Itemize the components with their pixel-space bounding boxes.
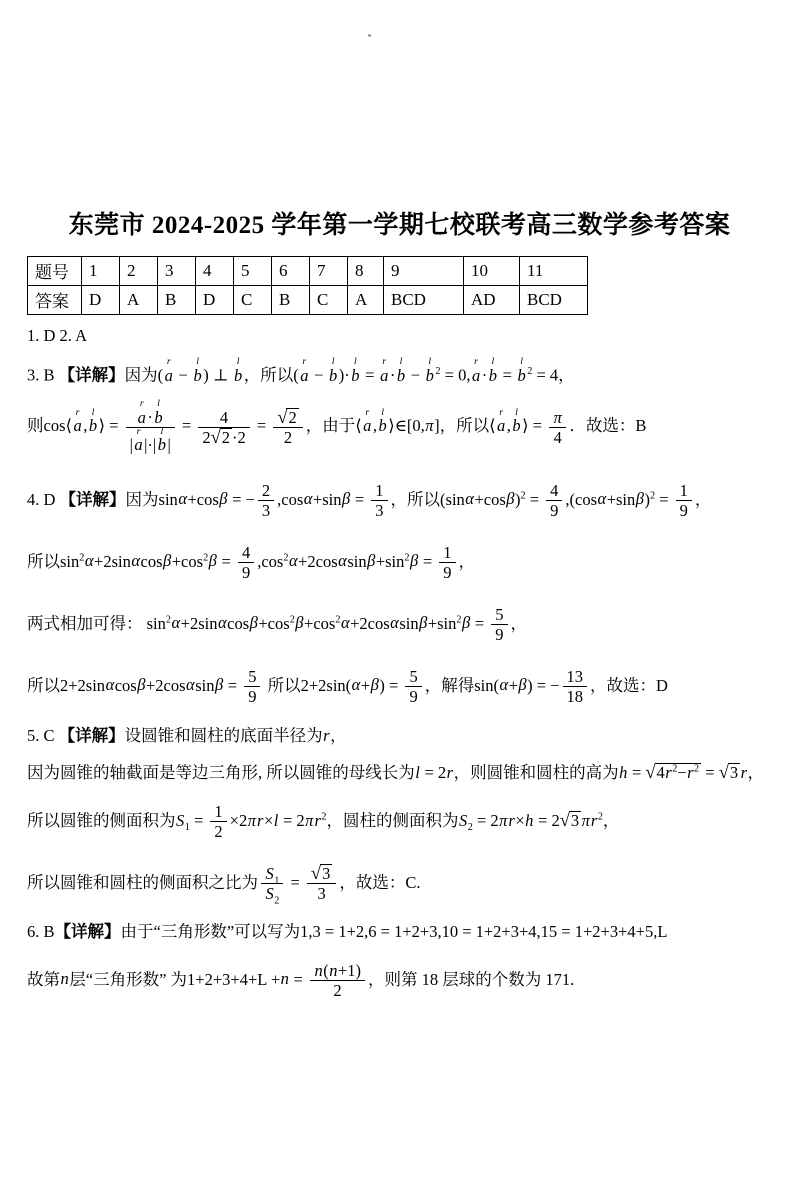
solution-line-12: 6. B【详解】由于“三角形数”可以写为1,3 = 1+2,6 = 1+2+3,… [27, 920, 772, 945]
vector-b: lb [512, 409, 520, 435]
vector-b: lb [397, 358, 405, 384]
table-cell: AD [464, 285, 520, 314]
fraction: 59 [244, 667, 260, 707]
scan-artifact-dot [368, 34, 371, 37]
page-title: 东莞市 2024-2025 学年第一学期七校联考高三数学参考答案 [27, 210, 772, 243]
sqrt: √4r2−r2 [645, 761, 701, 786]
fraction: √33 [307, 864, 336, 904]
fraction: π4 [549, 408, 566, 448]
sqrt: √2 [211, 428, 232, 447]
vector-a: ra [380, 358, 388, 384]
solution-line-5: 所以sin2α+2sinαcosβ+cos2β = 49,cos2α+2cosα… [27, 543, 772, 583]
table-cell: 2 [120, 256, 158, 285]
solution-line-10: 所以圆锥的侧面积为S1 = 12×2πr×l = 2πr2，圆柱的侧面积为S2 … [27, 802, 772, 842]
vector-b: lb [154, 400, 162, 426]
solutions: 1. D 2. A3. B 【详解】因为(ra − lb) ⊥ lb，所以(ra… [27, 324, 772, 1001]
table-cell: D [82, 285, 120, 314]
table-cell: B [272, 285, 310, 314]
solution-line-11: 所以圆锥和圆柱的侧面积之比为S1S2 = √33，故选：C. [27, 864, 772, 904]
table-cell: B [158, 285, 196, 314]
table-cell: 11 [520, 256, 588, 285]
vector-b: lb [193, 358, 201, 384]
answer-row: 答案DABDCBCABCDADBCD [28, 285, 588, 314]
table-cell: C [234, 285, 272, 314]
fraction: 13 [371, 481, 387, 521]
table-cell: D [196, 285, 234, 314]
table-cell: 6 [272, 256, 310, 285]
fraction: 49 [238, 543, 254, 583]
sqrt: √2 [277, 408, 298, 427]
sqrt: √3 [311, 864, 332, 883]
table-cell: 7 [310, 256, 348, 285]
vector-a: ra [134, 428, 142, 454]
solution-line-7: 所以2+2sinαcosβ+2cosαsinβ = 59 所以2+2sin(α+… [27, 667, 772, 707]
table-cell: 1 [82, 256, 120, 285]
answer-table-body: 题号1234567891011答案DABDCBCABCDADBCD [28, 256, 588, 314]
fraction: √22 [273, 408, 302, 448]
vector-a: ra [363, 409, 371, 435]
table-cell: A [120, 285, 158, 314]
vector-a: ra [497, 409, 505, 435]
vector-a: ra [165, 358, 173, 384]
solution-line-2: 3. B 【详解】因为(ra − lb) ⊥ lb，所以(ra − lb)·lb… [27, 358, 772, 388]
vector-b: lb [426, 358, 434, 384]
fraction: 1318 [563, 667, 588, 707]
table-cell: 3 [158, 256, 196, 285]
solution-line-9: 因为圆锥的轴截面是等边三角形, 所以圆锥的母线长为l = 2r，则圆锥和圆柱的高… [27, 761, 772, 786]
fraction: 19 [439, 543, 455, 583]
fraction: 19 [676, 481, 692, 521]
document-page: 东莞市 2024-2025 学年第一学期七校联考高三数学参考答案 题号12345… [0, 0, 800, 1181]
fraction: 42√2·2 [198, 408, 249, 448]
solution-line-13: 故第n层“三角形数” 为1+2+3+4+L +n = n(n+1)2，则第 18… [27, 961, 772, 1001]
fraction: 12 [210, 802, 226, 842]
sqrt: √3 [560, 809, 581, 834]
fraction: 59 [405, 667, 421, 707]
vector-a: ra [73, 409, 81, 435]
table-cell: 答案 [28, 285, 82, 314]
vector-a: ra [472, 358, 480, 384]
vector-b: lb [158, 428, 166, 454]
fraction: S1S2 [261, 864, 283, 904]
vector-b: lb [379, 409, 387, 435]
table-cell: 10 [464, 256, 520, 285]
fraction: ra·lb|ra|·|lb| [126, 400, 175, 454]
table-cell: BCD [384, 285, 464, 314]
vector-b: lb [329, 358, 337, 384]
table-cell: A [348, 285, 384, 314]
vector-b: lb [489, 358, 497, 384]
table-cell: C [310, 285, 348, 314]
table-cell: 9 [384, 256, 464, 285]
vector-b: lb [234, 358, 242, 384]
question-number-row: 题号1234567891011 [28, 256, 588, 285]
fraction: 59 [491, 605, 507, 645]
fraction: n(n+1)2 [310, 961, 365, 1001]
table-cell: 8 [348, 256, 384, 285]
table-cell: 题号 [28, 256, 82, 285]
solution-line-3: 则cos⟨ra,lb⟩ = ra·lb|ra|·|lb| = 42√2·2 = … [27, 400, 772, 454]
table-cell: BCD [520, 285, 588, 314]
solution-line-8: 5. C 【详解】设圆锥和圆柱的底面半径为r， [27, 724, 772, 749]
vector-a: ra [300, 358, 308, 384]
vector-b: lb [89, 409, 97, 435]
table-cell: 4 [196, 256, 234, 285]
vector-a: ra [138, 400, 146, 426]
solution-line-1: 1. D 2. A [27, 324, 772, 349]
answer-table: 题号1234567891011答案DABDCBCABCDADBCD [27, 256, 588, 315]
vector-b: lb [351, 358, 359, 384]
table-cell: 5 [234, 256, 272, 285]
sqrt: √3 [719, 761, 740, 786]
fraction: 49 [546, 481, 562, 521]
fraction: 23 [258, 481, 274, 521]
vector-b: lb [518, 358, 526, 384]
solution-line-4: 4. D 【详解】因为sinα+cosβ = −23,cosα+sinβ = 1… [27, 481, 772, 521]
solution-line-6: 两式相加可得： sin2α+2sinαcosβ+cos2β+cos2α+2cos… [27, 605, 772, 645]
